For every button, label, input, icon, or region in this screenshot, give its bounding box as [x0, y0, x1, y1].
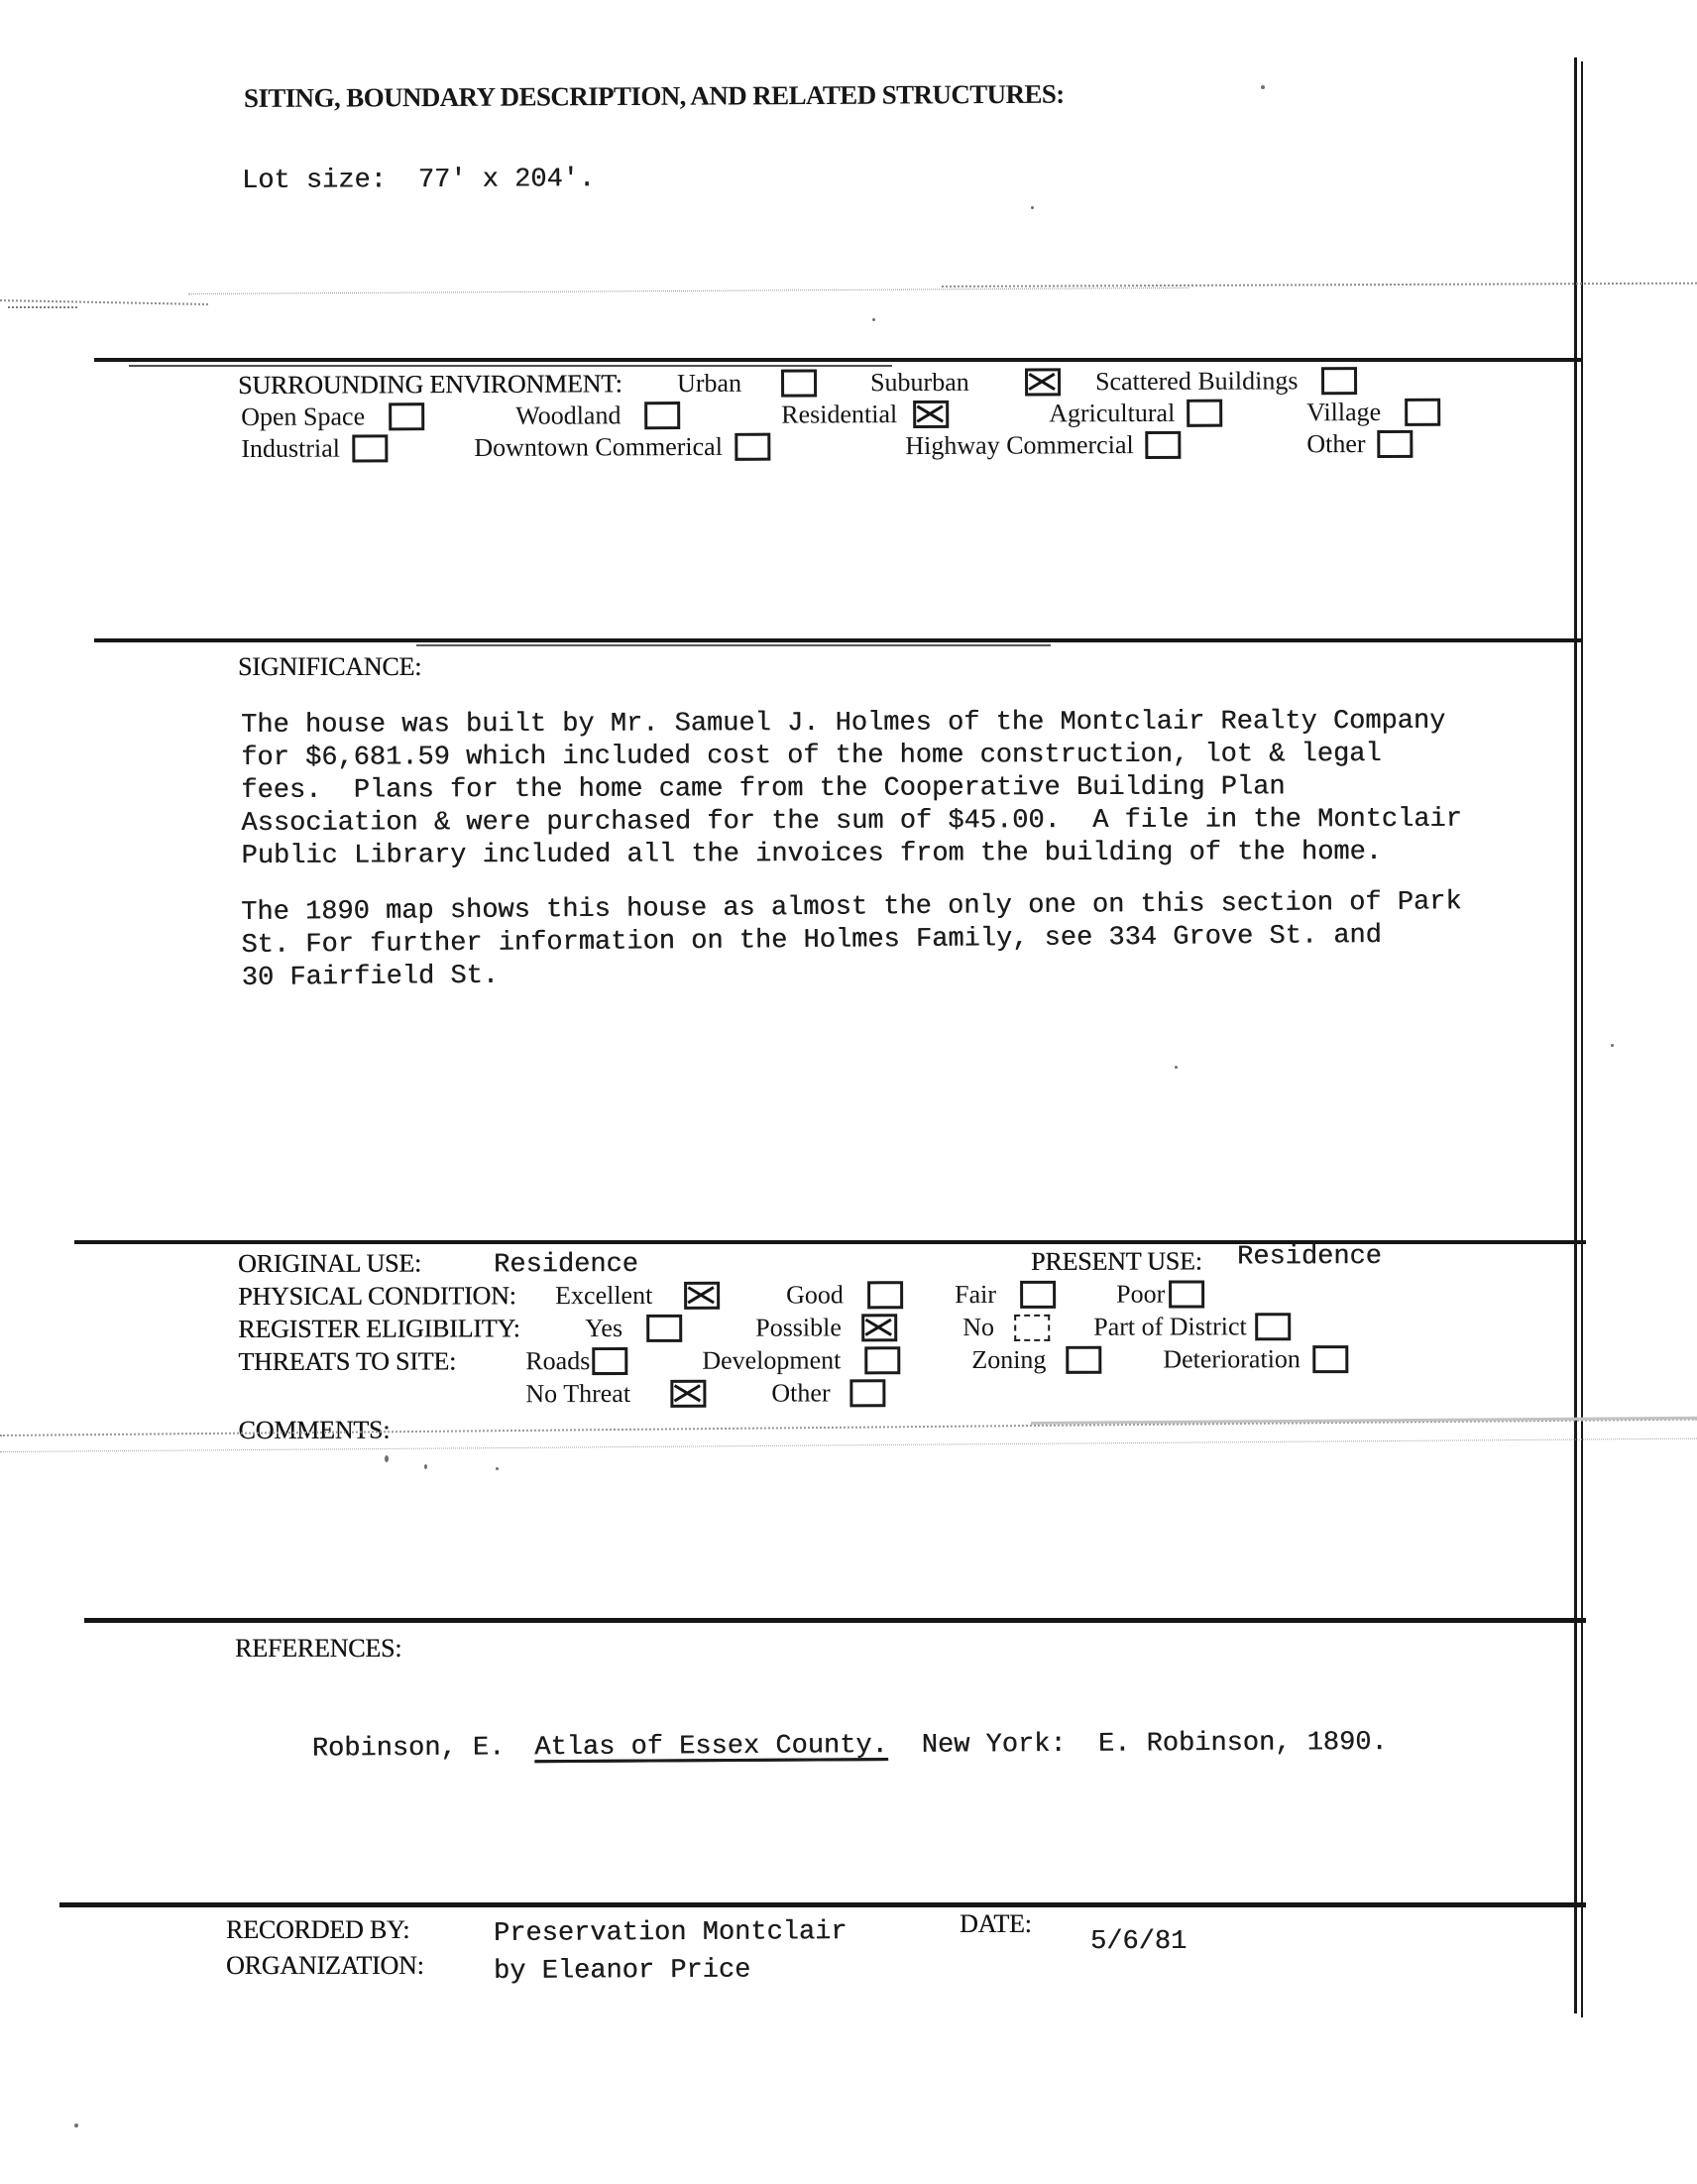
scan-artifact-dotted-band: [942, 283, 1697, 287]
recorded-by-value-line1: Preservation Montclair: [494, 1917, 848, 1949]
checkbox-village[interactable]: [1405, 399, 1440, 426]
checkbox-woodland[interactable]: [644, 402, 680, 429]
checkbox-good[interactable]: [867, 1281, 903, 1309]
citation-rest: New York: E. Robinson, 1890.: [922, 1728, 1388, 1761]
option-label: Deterioration: [1163, 1344, 1301, 1374]
scan-speck: [385, 1455, 389, 1462]
option-suburban: Suburban: [870, 367, 1061, 398]
option-open-space: Open Space: [241, 402, 424, 432]
option-label: No: [962, 1313, 994, 1342]
option-roads: Roads: [525, 1346, 627, 1376]
scan-speck: [424, 1464, 427, 1469]
lot-size-label: Lot size:: [242, 166, 387, 196]
option-scattered-buildings: Scattered Buildings: [1095, 366, 1357, 397]
checkbox-fair[interactable]: [1020, 1281, 1056, 1309]
checkbox-no-threat[interactable]: [670, 1380, 706, 1408]
option-other-environment: Other: [1306, 429, 1413, 459]
option-label: Urban: [677, 369, 741, 399]
checkbox-other-threat[interactable]: [850, 1379, 886, 1407]
option-zoning: Zoning: [971, 1345, 1101, 1375]
scan-artifact-dotted-band: [8, 306, 77, 308]
option-label: Agricultural: [1049, 399, 1175, 429]
option-label: No Threat: [525, 1379, 630, 1409]
checkbox-open-space[interactable]: [389, 402, 424, 430]
physical-condition-label: PHYSICAL CONDITION:: [238, 1281, 516, 1312]
checkbox-agricultural[interactable]: [1187, 400, 1222, 427]
option-label: Other: [1306, 429, 1365, 459]
checkbox-other-environment[interactable]: [1377, 430, 1413, 458]
section-divider-echo: [416, 644, 1051, 646]
checkbox-poor[interactable]: [1169, 1280, 1204, 1308]
option-poor: Poor: [1116, 1279, 1204, 1309]
option-label: Industrial: [241, 434, 340, 464]
citation-author: Robinson, E.: [312, 1733, 506, 1764]
option-other-threat: Other: [771, 1378, 885, 1408]
option-label: Zoning: [971, 1345, 1046, 1375]
checkbox-excellent[interactable]: [684, 1282, 720, 1310]
scanned-survey-form-page: SITING, BOUNDARY DESCRIPTION, AND RELATE…: [0, 0, 1697, 2184]
present-use-value: Residence: [1237, 1242, 1382, 1272]
threats-to-site-label: THREATS TO SITE:: [238, 1346, 456, 1377]
option-deterioration: Deterioration: [1163, 1344, 1348, 1374]
scan-artifact-dotted-band: [188, 287, 1189, 294]
scan-speck: [1031, 206, 1034, 209]
significance-label: SIGNIFICANCE:: [238, 652, 421, 682]
checkbox-scattered-buildings[interactable]: [1321, 367, 1357, 395]
section-divider: [84, 1618, 1586, 1623]
option-highway-commercial: Highway Commercial: [905, 430, 1181, 461]
recorded-by-label: RECORDED BY:: [226, 1915, 409, 1945]
option-yes: Yes: [585, 1314, 682, 1343]
present-use-label: PRESENT USE:: [1031, 1246, 1202, 1276]
recorded-by-value-line2: by Eleanor Price: [494, 1956, 750, 1987]
scan-speck: [496, 1467, 499, 1470]
checkbox-part-of-district[interactable]: [1255, 1313, 1291, 1340]
option-label: Woodland: [515, 401, 621, 430]
page-edge-line-inner: [1581, 61, 1583, 2017]
checkbox-no[interactable]: [1014, 1314, 1050, 1340]
option-label: Scattered Buildings: [1095, 366, 1298, 397]
checkbox-development[interactable]: [864, 1346, 900, 1374]
option-label: Development: [702, 1345, 841, 1375]
checkbox-deterioration[interactable]: [1312, 1345, 1348, 1373]
option-residential: Residential: [781, 400, 949, 430]
option-village: Village: [1306, 398, 1440, 428]
option-label: Suburban: [870, 368, 969, 398]
scan-speck: [74, 2124, 78, 2127]
page-edge-line-outer: [1574, 57, 1577, 2013]
option-part-of-district: Part of District: [1093, 1312, 1291, 1342]
option-label: Fair: [955, 1280, 996, 1310]
option-label: Excellent: [555, 1281, 652, 1311]
checkbox-urban[interactable]: [781, 369, 817, 397]
siting-heading: SITING, BOUNDARY DESCRIPTION, AND RELATE…: [244, 79, 1065, 114]
checkbox-downtown-commerical[interactable]: [735, 433, 770, 461]
option-industrial: Industrial: [241, 433, 388, 464]
option-label: Part of District: [1093, 1312, 1247, 1341]
references-label: REFERENCES:: [235, 1634, 401, 1664]
section-divider-echo: [129, 365, 892, 367]
section-divider: [94, 638, 1581, 642]
scan-speck: [872, 318, 875, 321]
option-development: Development: [702, 1345, 900, 1376]
checkbox-roads[interactable]: [592, 1347, 627, 1375]
significance-paragraph-2: The 1890 map shows this house as almost …: [241, 886, 1462, 995]
checkbox-yes[interactable]: [646, 1315, 682, 1342]
option-label: Village: [1306, 398, 1381, 427]
checkbox-industrial[interactable]: [352, 434, 388, 462]
surrounding-environment-label: SURROUNDING ENVIRONMENT:: [238, 369, 622, 401]
option-possible: Possible: [755, 1313, 897, 1342]
date-value: 5/6/81: [1090, 1927, 1187, 1957]
option-woodland: Woodland: [515, 401, 680, 431]
option-label: Highway Commercial: [905, 430, 1133, 461]
organization-label: ORGANIZATION:: [226, 1951, 424, 1981]
option-agricultural: Agricultural: [1049, 399, 1222, 429]
option-label: Roads: [525, 1346, 590, 1376]
scan-speck: [1261, 85, 1265, 89]
option-label: Residential: [781, 400, 897, 430]
option-label: Downtown Commerical: [474, 432, 723, 463]
checkbox-possible[interactable]: [861, 1314, 897, 1341]
option-label: Open Space: [241, 402, 365, 432]
register-eligibility-label: REGISTER ELIGIBILITY:: [238, 1314, 519, 1344]
original-use-label: ORIGINAL USE:: [238, 1249, 421, 1279]
scan-speck: [1611, 1044, 1614, 1047]
checkbox-zoning[interactable]: [1066, 1346, 1101, 1374]
reference-citation: Robinson, E.Atlas of Essex County.New Yo…: [248, 1698, 1388, 1794]
option-downtown-commerical: Downtown Commerical: [474, 432, 770, 463]
original-use-value: Residence: [494, 1250, 638, 1280]
checkbox-residential[interactable]: [913, 401, 949, 428]
option-excellent: Excellent: [555, 1281, 720, 1311]
option-label: Yes: [585, 1314, 622, 1343]
lot-size-value: 77' x 204'.: [418, 165, 595, 195]
option-no: No: [962, 1313, 1050, 1342]
scan-artifact-dotted-band: [0, 299, 208, 305]
date-label: DATE:: [960, 1909, 1032, 1939]
option-label: Other: [771, 1378, 830, 1408]
section-divider: [94, 358, 1581, 362]
option-no-threat: No Threat: [525, 1379, 706, 1409]
option-label: Good: [786, 1280, 844, 1310]
option-label: Possible: [755, 1313, 842, 1342]
significance-paragraph-1: The house was built by Mr. Samuel J. Hol…: [241, 706, 1462, 873]
checkbox-suburban[interactable]: [1025, 368, 1061, 396]
option-good: Good: [786, 1280, 903, 1310]
scan-speck: [1175, 1066, 1178, 1069]
option-fair: Fair: [955, 1280, 1056, 1310]
checkbox-highway-commercial[interactable]: [1146, 431, 1182, 459]
citation-title: Atlas of Essex County.: [534, 1731, 888, 1763]
option-urban: Urban: [677, 368, 817, 399]
option-label: Poor: [1116, 1280, 1165, 1310]
